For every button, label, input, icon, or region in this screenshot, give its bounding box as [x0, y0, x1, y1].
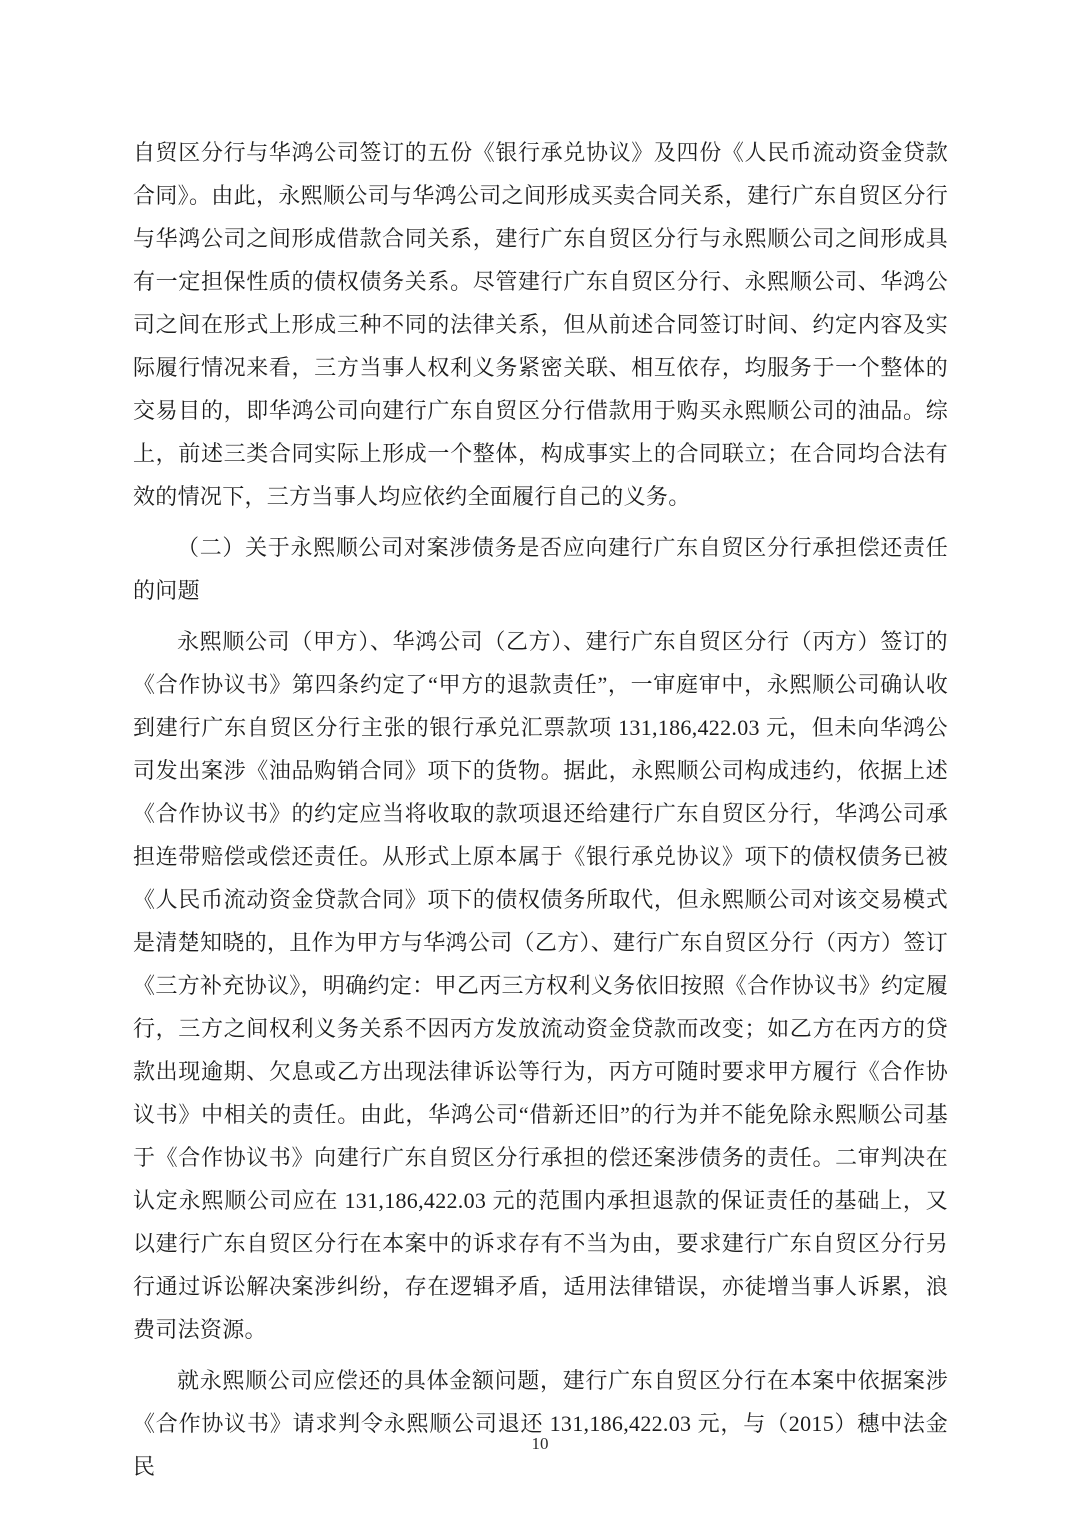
page-footer: 10	[0, 1432, 1080, 1456]
body-paragraph: 永熙顺公司（甲方）、华鸿公司（乙方）、建行广东自贸区分行（丙方）签订的《合作协议…	[133, 620, 948, 1351]
document-text-block: 自贸区分行与华鸿公司签订的五份《银行承兑协议》及四份《人民币流动资金贷款合同》。…	[133, 131, 948, 1488]
body-paragraph-continuation: 自贸区分行与华鸿公司签订的五份《银行承兑协议》及四份《人民币流动资金贷款合同》。…	[133, 131, 948, 518]
body-paragraph: 就永熙顺公司应偿还的具体金额问题，建行广东自贸区分行在本案中依据案涉《合作协议书…	[133, 1359, 948, 1488]
document-page: 自贸区分行与华鸿公司签订的五份《银行承兑协议》及四份《人民币流动资金贷款合同》。…	[0, 0, 1080, 1529]
section-heading: （二）关于永熙顺公司对案涉债务是否应向建行广东自贸区分行承担偿还责任的问题	[133, 526, 948, 612]
page-number: 10	[532, 1434, 549, 1453]
